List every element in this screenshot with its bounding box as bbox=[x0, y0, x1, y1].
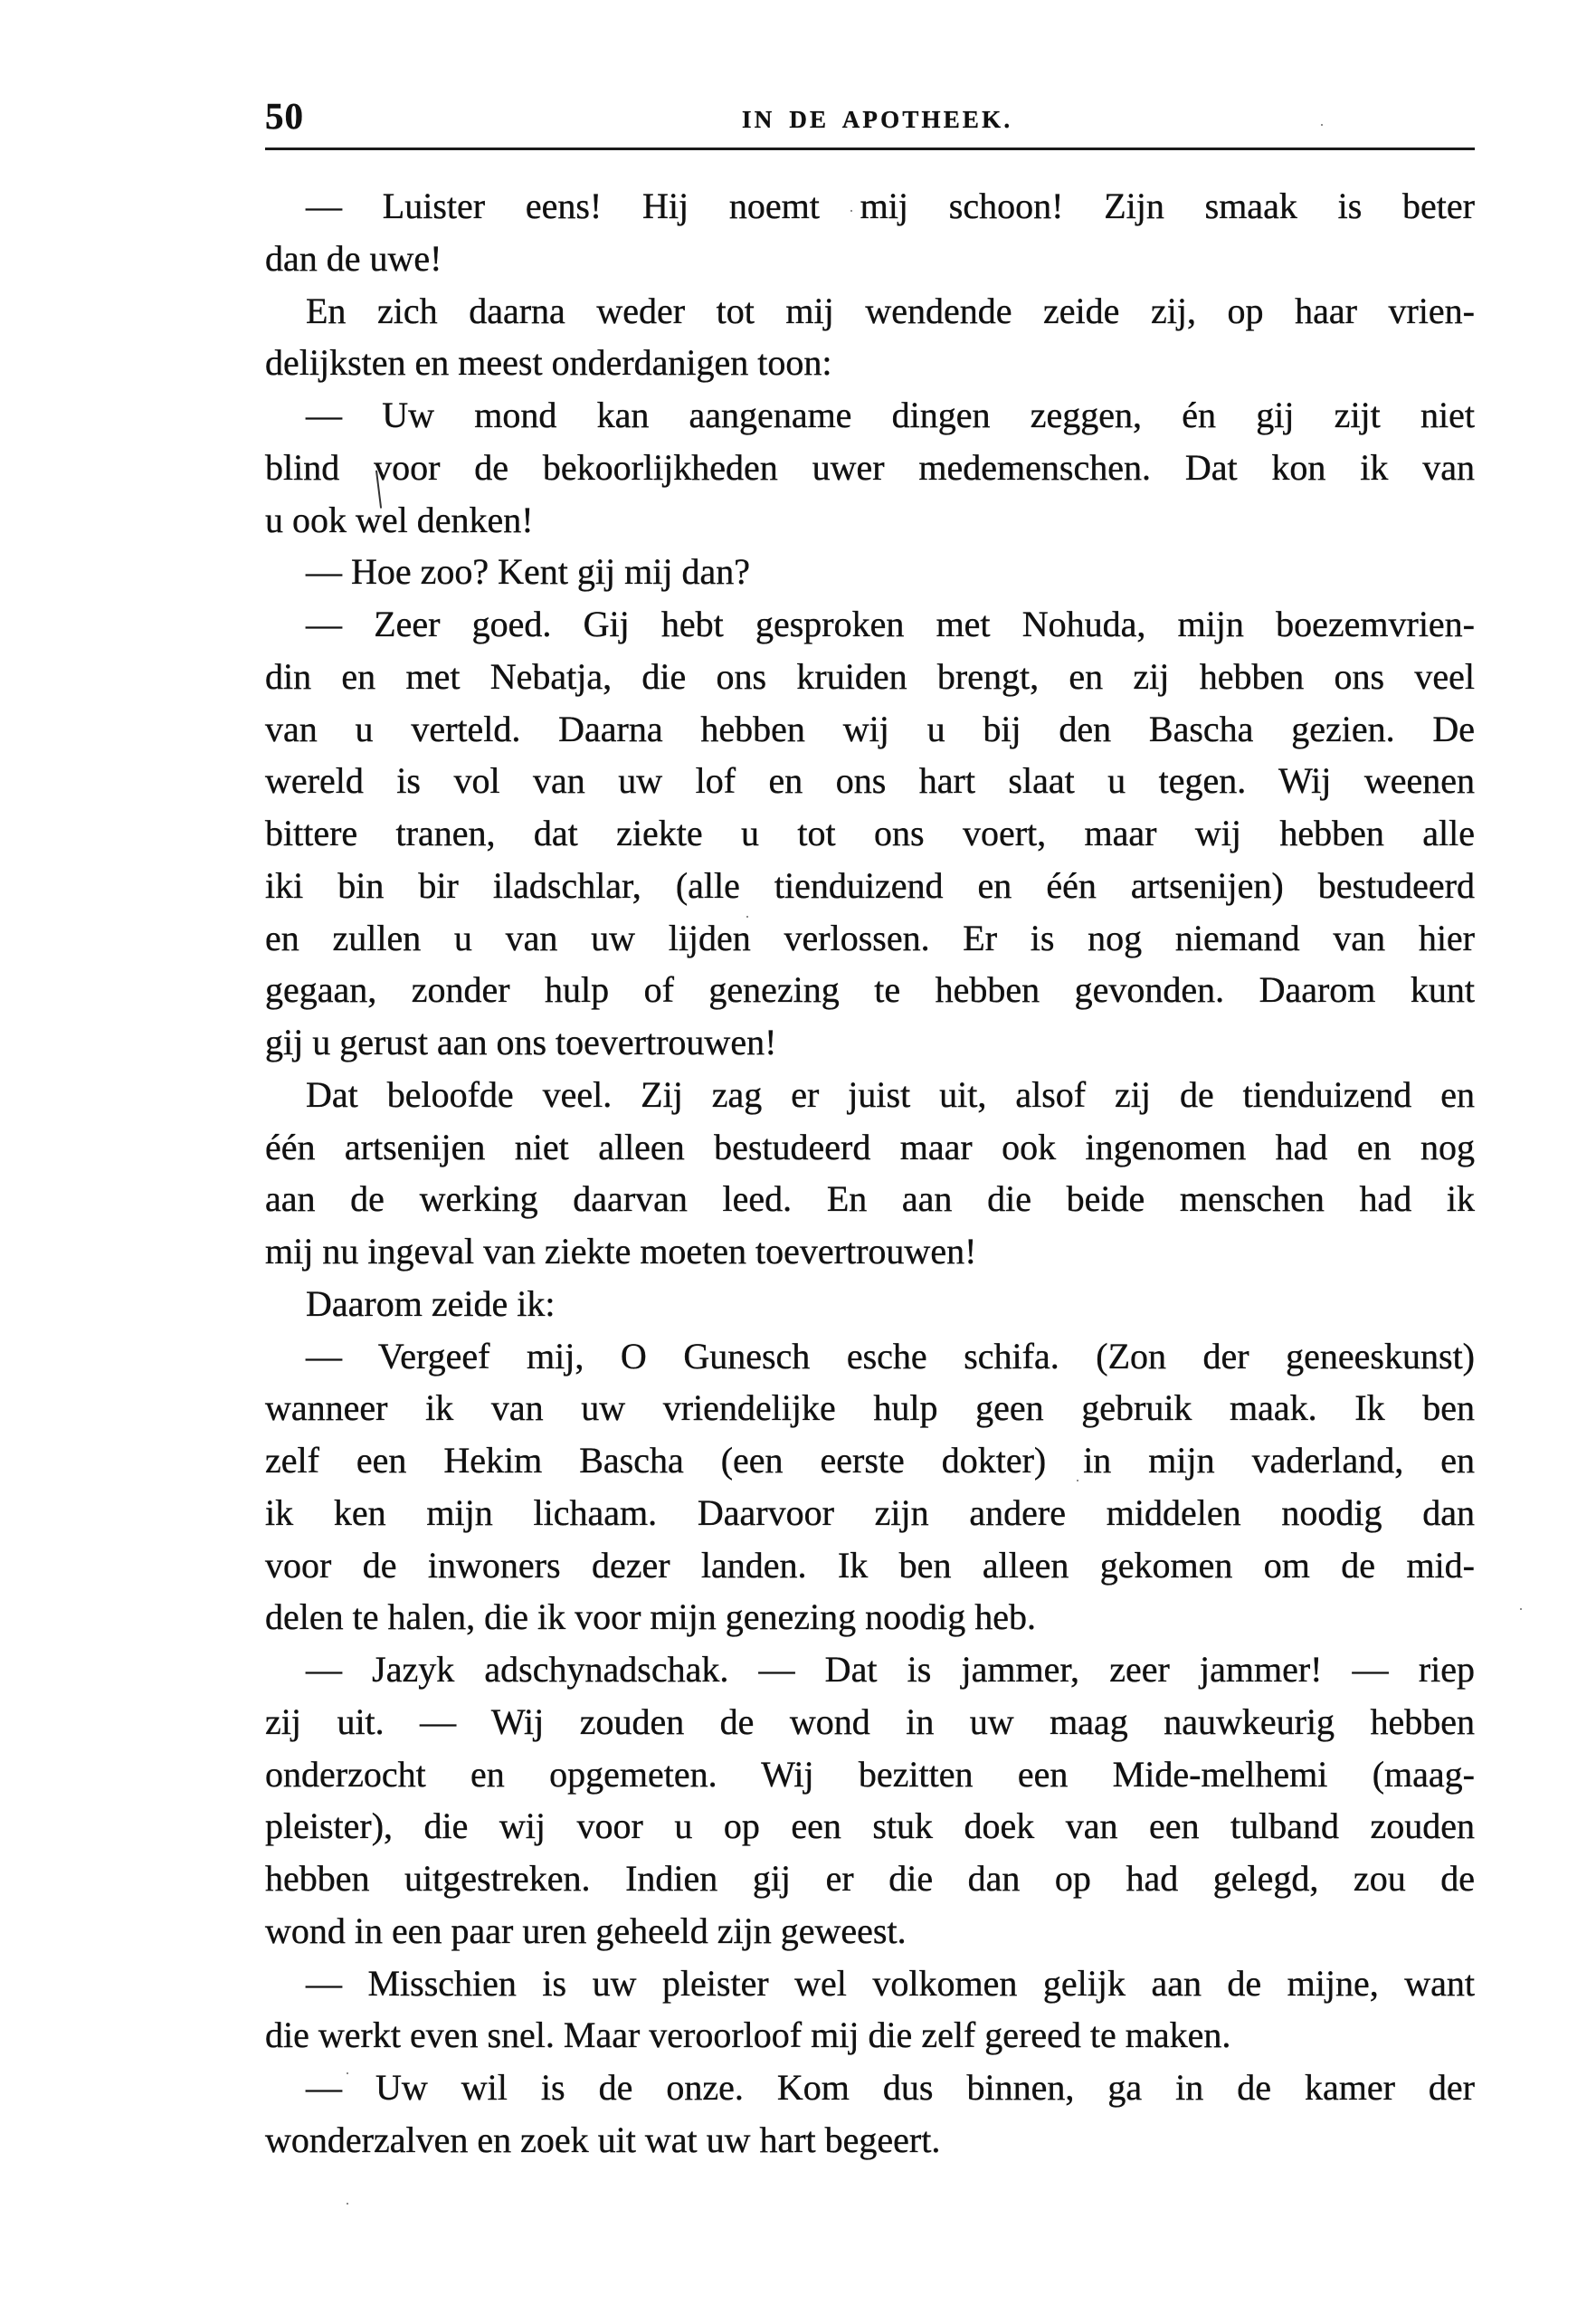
text-line: en zullen u van uw lijden verlossen. Er … bbox=[265, 912, 1475, 965]
text-line: zelf een Hekim Bascha (een eerste dokter… bbox=[265, 1434, 1475, 1487]
text-line: delijksten en meest onderdanigen toon: bbox=[265, 337, 1475, 389]
header-rule bbox=[265, 148, 1475, 150]
scan-speck bbox=[746, 916, 748, 918]
text-line: din en met Nebatja, die ons kruiden bren… bbox=[265, 651, 1475, 703]
text-line: wereld is vol van uw lof en ons hart sla… bbox=[265, 755, 1475, 807]
running-head: 50 IN DE APOTHEEK. bbox=[265, 94, 1475, 138]
text-line: onderzocht en opgemeten. Wij bezitten ee… bbox=[265, 1748, 1475, 1801]
text-line: mij nu ingeval van ziekte moeten toevert… bbox=[265, 1225, 1475, 1278]
text-line: bittere tranen, dat ziekte u tot ons voe… bbox=[265, 807, 1475, 860]
text-line: aan de werking daarvan leed. En aan die … bbox=[265, 1173, 1475, 1225]
scan-speck bbox=[1077, 1480, 1078, 1481]
text-line: wonderzalven en zoek uit wat uw hart beg… bbox=[265, 2114, 1475, 2167]
body-text: — Luister eens! Hij noemt mij schoon! Zi… bbox=[265, 180, 1475, 2167]
scan-speck bbox=[347, 2072, 348, 2074]
scan-speck bbox=[1520, 1608, 1522, 1610]
scan-speck bbox=[850, 210, 852, 212]
text-line: zij uit. — Wij zouden de wond in uw maag… bbox=[265, 1696, 1475, 1748]
text-line: van u verteld. Daarna hebben wij u bij d… bbox=[265, 703, 1475, 756]
book-page: 50 IN DE APOTHEEK. — Luister eens! Hij n… bbox=[0, 0, 1577, 2324]
text-line: wanneer ik van uw vriendelijke hulp geen… bbox=[265, 1382, 1475, 1434]
text-line: dan de uwe! bbox=[265, 233, 1475, 285]
text-line: — Vergeef mij, O Gunesch esche schifa. (… bbox=[265, 1330, 1475, 1383]
text-line: — Zeer goed. Gij hebt gesproken met Nohu… bbox=[265, 598, 1475, 651]
text-line: wond in een paar uren geheeld zijn gewee… bbox=[265, 1905, 1475, 1957]
text-line: — Misschien is uw pleister wel volkomen … bbox=[265, 1957, 1475, 2010]
scan-speck bbox=[1321, 124, 1323, 126]
text-line: gegaan, zonder hulp of genezing te hebbe… bbox=[265, 964, 1475, 1016]
text-line: delen te halen, die ik voor mijn genezin… bbox=[265, 1591, 1475, 1643]
text-line: voor de inwoners dezer landen. Ik ben al… bbox=[265, 1539, 1475, 1592]
text-line: Dat beloofde veel. Zij zag er juist uit,… bbox=[265, 1069, 1475, 1121]
text-line: — Jazyk adschynadschak. — Dat is jammer,… bbox=[265, 1643, 1475, 1696]
text-line: — Luister eens! Hij noemt mij schoon! Zi… bbox=[265, 180, 1475, 233]
text-line: — Uw wil is de onze. Kom dus binnen, ga … bbox=[265, 2062, 1475, 2114]
scan-speck bbox=[347, 2203, 348, 2205]
text-line: blind voor de bekoorlijkheden uwer medem… bbox=[265, 442, 1475, 494]
page-number: 50 bbox=[265, 94, 304, 138]
text-line: Daarom zeide ik: bbox=[265, 1278, 1475, 1330]
text-line: gij u gerust aan ons toevertrouwen! bbox=[265, 1016, 1475, 1069]
text-line: — Uw mond kan aangename dingen zeggen, é… bbox=[265, 389, 1475, 442]
text-line: u ook wel denken! bbox=[265, 494, 1475, 547]
text-line: één artsenijen niet alleen bestudeerd ma… bbox=[265, 1121, 1475, 1174]
text-line: ik ken mijn lichaam. Daarvoor zijn ander… bbox=[265, 1487, 1475, 1539]
text-line: die werkt even snel. Maar veroorloof mij… bbox=[265, 2009, 1475, 2062]
text-line: — Hoe zoo? Kent gij mij dan? bbox=[265, 546, 1475, 598]
text-line: En zich daarna weder tot mij wendende ze… bbox=[265, 285, 1475, 338]
text-line: iki bin bir iladschlar, (alle tienduizen… bbox=[265, 860, 1475, 912]
running-title: IN DE APOTHEEK. bbox=[742, 103, 1012, 136]
text-line: pleister), die wij voor u op een stuk do… bbox=[265, 1800, 1475, 1853]
text-line: hebben uitgestreken. Indien gij er die d… bbox=[265, 1853, 1475, 1905]
